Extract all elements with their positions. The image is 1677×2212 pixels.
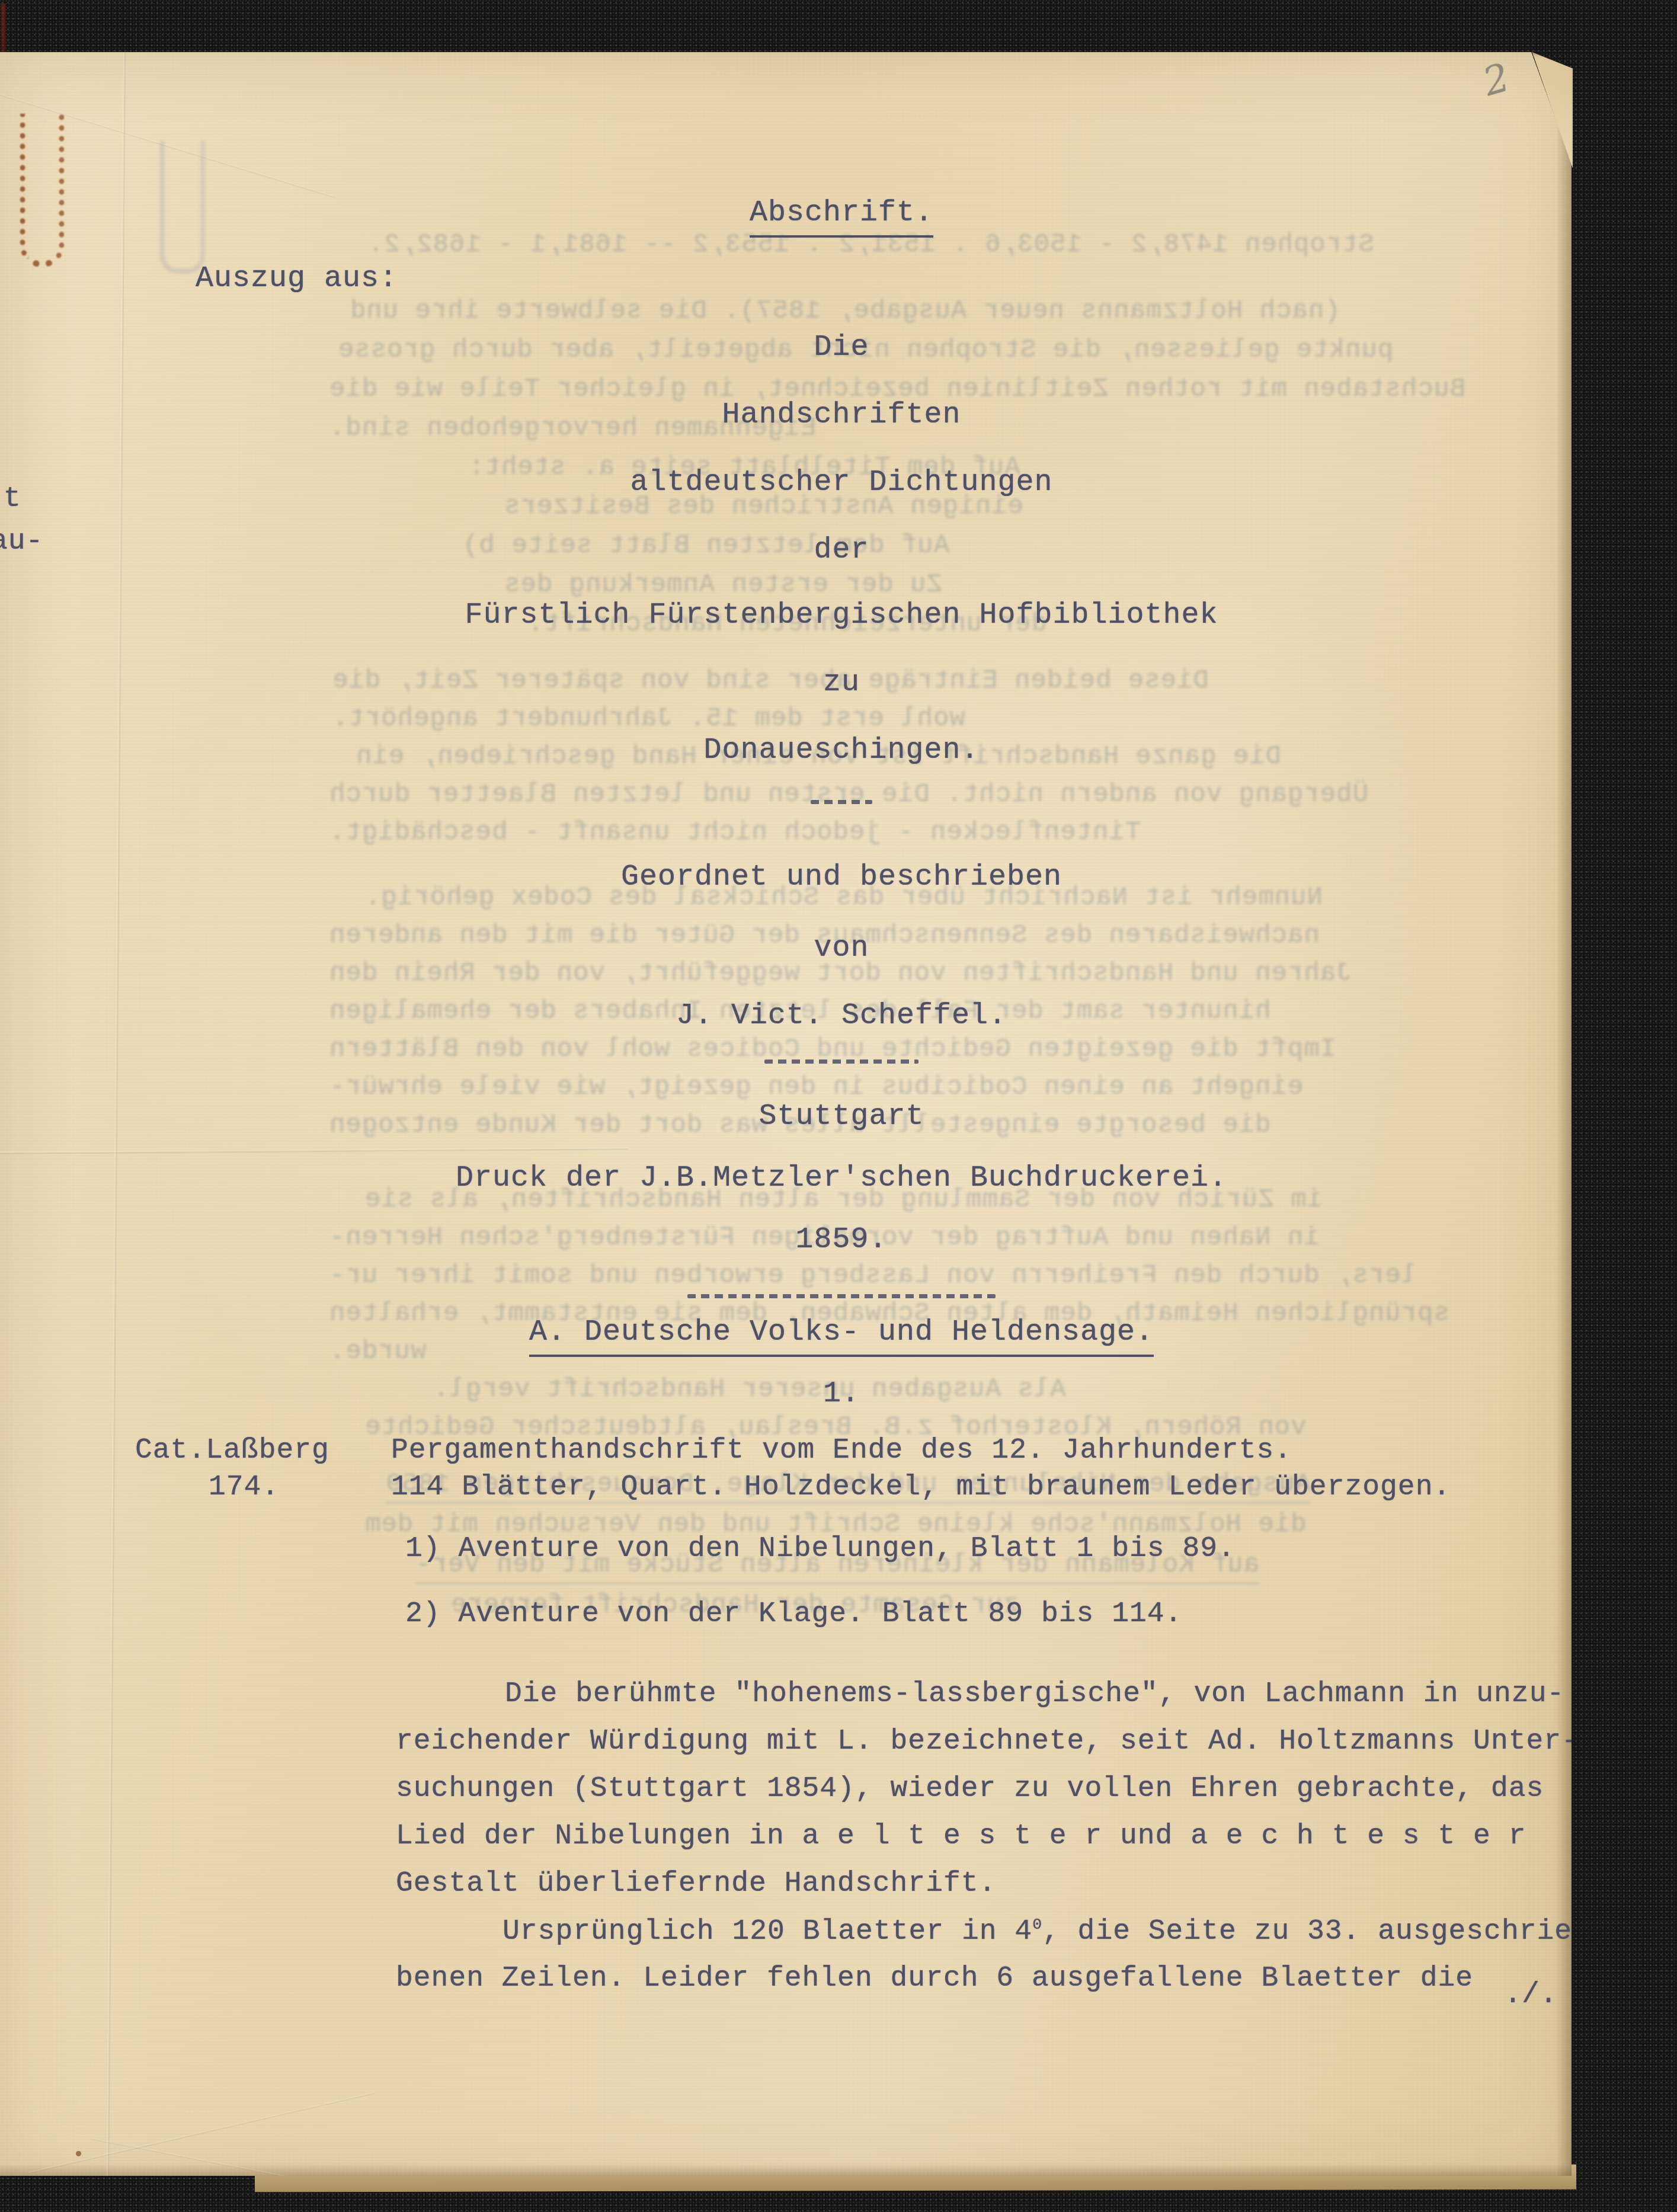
- body-text: Ursprünglich 120 Blaetter in 4: [503, 1916, 1032, 1948]
- bleedthrough-line: Zu der ersten Anmerkung des: [504, 570, 942, 600]
- title-line: zu: [178, 668, 1505, 698]
- title-line: Handschriften: [178, 401, 1505, 430]
- bleedthrough-line: eingeht an einen Codicibus in den gezeig…: [329, 1073, 1303, 1102]
- body-line: reichender Würdigung mit L. bezeichnete,…: [396, 1727, 1579, 1756]
- bleedthrough-line: Tintenflecken - jedoch nicht unsanft - b…: [329, 818, 1141, 847]
- continuation-mark: ./.: [1504, 1978, 1557, 2012]
- medium-dash-separator: [764, 1059, 918, 1064]
- title-line: der: [178, 536, 1505, 565]
- superscript-zero: 0: [1032, 1916, 1042, 1934]
- horizontal-fold-crease: [0, 1147, 628, 1154]
- margin-catalog-label: Cat.Laßberg: [135, 1436, 329, 1465]
- imprint-printer: Druck der J.B.Metzler'schen Buchdruckere…: [178, 1164, 1505, 1193]
- edge-fragment: t: [4, 485, 21, 513]
- bleedthrough-line: Übergang von andern nicht. Die ersten un…: [329, 780, 1368, 809]
- short-dash-separator: [811, 800, 872, 804]
- auszug-aus-label: Auszug aus:: [196, 264, 398, 294]
- section-heading: A. Deutsche Volks- und Heldensage.: [178, 1318, 1505, 1347]
- description-line: Pergamenthandschrift vom Ende des 12. Ja…: [391, 1436, 1292, 1465]
- body-line: Gestalt überliefernde Handschrift.: [396, 1870, 996, 1898]
- imprint-year: 1859.: [178, 1225, 1505, 1255]
- paper-right-edge-shadow: [1556, 52, 1572, 2176]
- vertical-fold-crease: [107, 52, 126, 2176]
- bleedthrough-line: lers, durch den Freiherrn von Lassberg e…: [329, 1261, 1417, 1291]
- credit-line: J. Vict. Scheffel.: [178, 1001, 1505, 1031]
- list-item: 1) Aventure von den Nibelungen, Blatt 1 …: [405, 1535, 1236, 1563]
- title-line: Die: [178, 333, 1505, 363]
- title-line: Donaueschingen.: [178, 736, 1505, 766]
- scanned-archive-page: Strophen 1478,2 - 1503,6 . 1531,2 . 1553…: [0, 0, 1677, 2212]
- diagonal-crease-bottom: [28, 2092, 375, 2174]
- credit-line: Geordnet und beschrieben: [178, 863, 1505, 892]
- title-line: Fürstlich Fürstenbergischen Hofbibliothe…: [178, 601, 1505, 630]
- body-line: Die berühmte "hohenems-lassbergische", v…: [505, 1680, 1564, 1708]
- bleedthrough-line: (nach Holtzmanns neuer Ausgabe, 1857). D…: [350, 296, 1340, 326]
- edge-fragment: au-: [0, 527, 43, 556]
- description-line: 114 Blätter, Quart. Holzdeckel, mit brau…: [391, 1473, 1451, 1502]
- brown-fleck: [76, 2151, 81, 2156]
- body-line: Lied der Nibelungen in a e l t e s t e r…: [396, 1822, 1526, 1851]
- body-line: benen Zeilen. Leider fehlen durch 6 ausg…: [396, 1964, 1473, 1993]
- body-line: Ursprünglich 120 Blaetter in 40, die Sei…: [503, 1917, 1572, 1946]
- bleedthrough-line: wohl erst dem 15. Jahrhundert angehört.: [332, 704, 965, 734]
- section-heading-underlined-text: A. Deutsche Volks- und Heldensage.: [529, 1315, 1154, 1357]
- title-line: altdeutscher Dichtungen: [178, 468, 1505, 498]
- body-line: suchungen (Stuttgart 1854), wieder zu vo…: [396, 1775, 1544, 1803]
- abschrift-underlined-text: Abschrift.: [750, 196, 933, 238]
- rust-paperclip-stain: [20, 114, 64, 267]
- paper-sheet: Strophen 1478,2 - 1503,6 . 1531,2 . 1553…: [0, 52, 1572, 2176]
- margin-catalog-number: 174.: [209, 1473, 279, 1502]
- credit-line: von: [178, 934, 1505, 963]
- body-text: , die Seite zu 33. ausgeschrie: [1042, 1916, 1572, 1948]
- imprint-city: Stuttgart: [178, 1102, 1505, 1132]
- list-item: 2) Aventure von der Klage. Blatt 89 bis …: [405, 1600, 1182, 1628]
- paper-bottom-edge-shadow: [0, 2164, 1572, 2176]
- entry-number: 1.: [178, 1379, 1505, 1409]
- long-dash-separator: [687, 1294, 996, 1298]
- abschrift-heading: Abschrift.: [178, 199, 1505, 228]
